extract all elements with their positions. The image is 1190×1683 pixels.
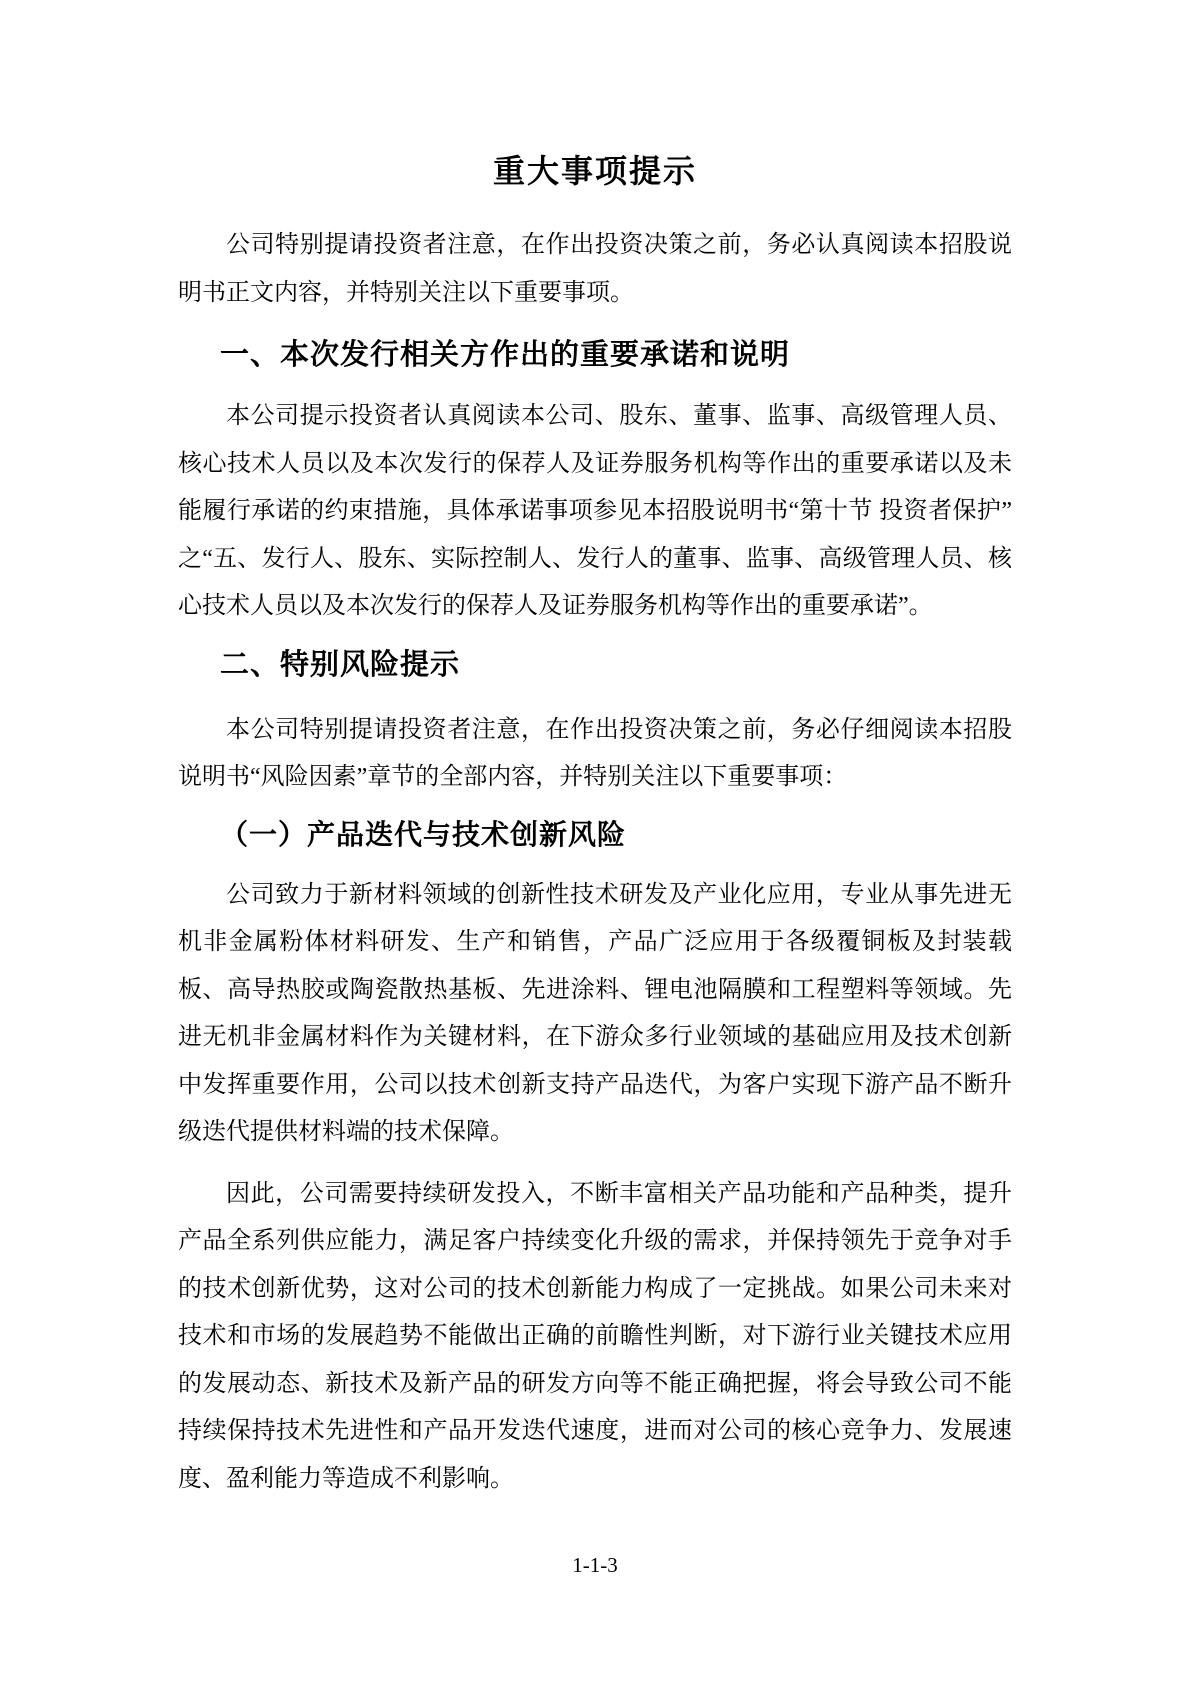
section-2-paragraph: 本公司特别提请投资者注意，在作出投资决策之前，务必仔细阅读本招股说明书“风险因素…: [178, 707, 1012, 802]
section-1-paragraph: 本公司提示投资者认真阅读本公司、股东、董事、监事、高级管理人员、核心技术人员以及…: [178, 393, 1012, 631]
prospectus-page: 重大事项提示 公司特别提请投资者注意，在作出投资决策之前，务必认真阅读本招股说明…: [0, 0, 1190, 1683]
risk-paragraph-1: 公司致力于新材料领域的创新性技术研发及产业化应用，专业从事先进无机非金属粉体材料…: [178, 872, 1012, 1157]
risk-paragraph-2: 因此，公司需要持续研发投入，不断丰富相关产品功能和产品种类，提升产品全系列供应能…: [178, 1171, 1012, 1504]
subsection-1-heading: （一）产品迭代与技术创新风险: [178, 816, 1012, 854]
section-1-heading: 一、本次发行相关方作出的重要承诺和说明: [178, 335, 1012, 375]
page-footer: 1-1-3: [0, 1552, 1190, 1578]
section-2-heading: 二、特别风险提示: [178, 645, 1012, 685]
page-title: 重大事项提示: [178, 150, 1012, 192]
page-number: 1-1-3: [572, 1553, 618, 1577]
intro-paragraph: 公司特别提请投资者注意，在作出投资决策之前，务必认真阅读本招股说明书正文内容，并…: [178, 222, 1012, 317]
